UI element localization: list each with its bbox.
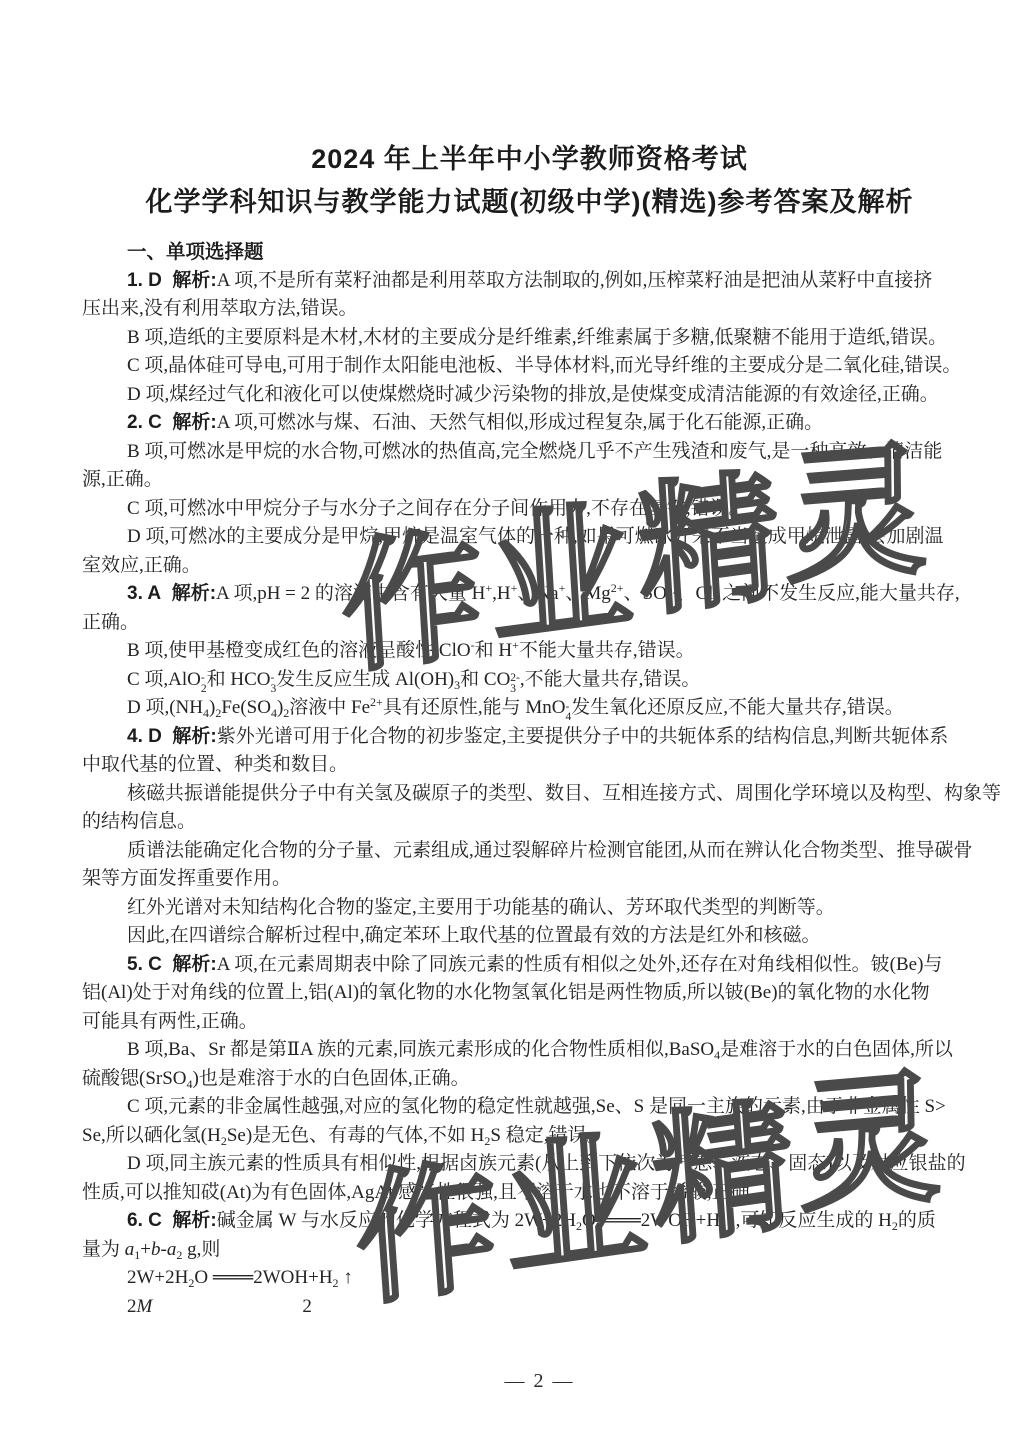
text-line: 的结构信息。 (82, 808, 953, 837)
text-line: B 项,可燃冰是甲烷的水合物,可燃冰的热值高,完全燃烧几乎不产生残渣和废气,是一… (82, 438, 953, 467)
text-line: D 项,煤经过气化和液化可以使煤燃烧时减少污染物的排放,是使煤变成清洁能源的有效… (82, 381, 953, 410)
section-heading: 一、单项选择题 (82, 238, 953, 267)
text-line: 量为 a1+b-a2 g,则 (82, 1236, 953, 1265)
text-line: 6. C 解析:碱金属 W 与水反应的化学方程式为 2W+2H2O ═══2WO… (82, 1207, 953, 1236)
text-line: D 项,可燃冰的主要成分是甲烷,甲烷是温室气体的一种,如果可燃冰开采不当造成甲烷… (82, 523, 953, 552)
text-line: 2. C 解析:A 项,可燃冰与煤、石油、天然气相似,形成过程复杂,属于化石能源… (82, 409, 953, 438)
text-line: C 项,晶体硅可导电,可用于制作太阳能电池板、半导体材料,而光导纤维的主要成分是… (82, 352, 953, 381)
document-page: 2024 年上半年中小学教师资格考试 化学学科知识与教学能力试题(初级中学)(精… (0, 0, 1023, 1439)
text-line: C 项,可燃冰中甲烷分子与水分子之间存在分子间作用力,不存在氢键,错误。 (82, 495, 953, 524)
text-line: Se,所以硒化氢(H2Se)是无色、有毒的气体,不如 H2S 稳定,错误。 (82, 1122, 953, 1151)
document-content: 一、单项选择题 1. D 解析:A 项,不是所有菜籽油都是利用萃取方法制取的,例… (0, 238, 1023, 1393)
text-line: 5. C 解析:A 项,在元素周期表中除了同族元素的性质有相似之处外,还存在对角… (82, 951, 953, 980)
text-line: 红外光谱对未知结构化合物的鉴定,主要用于功能基的确认、芳环取代类型的判断等。 (82, 894, 953, 923)
answer-explanations: 1. D 解析:A 项,不是所有菜籽油都是利用萃取方法制取的,例如,压榨菜籽油是… (82, 267, 953, 1322)
document-title-line1: 2024 年上半年中小学教师资格考试 (18, 138, 1023, 181)
document-title-line2: 化学学科知识与教学能力试题(初级中学)(精选)参考答案及解析 (18, 181, 1023, 224)
text-line: 2W+2H2O ═══2WOH+H2 ↑ (82, 1264, 953, 1293)
text-line: C 项,元素的非金属性越强,对应的氢化物的稳定性就越强,Se、S 是同一主族的元… (82, 1093, 953, 1122)
text-line: 因此,在四谱综合解析过程中,确定苯环上取代基的位置最有效的方法是红外和核磁。 (82, 922, 953, 951)
text-line: 可能具有两性,正确。 (82, 1008, 953, 1037)
text-line: 3. A 解析:A 项,pH = 2 的溶液中含有大量 H+,H+、Na+、Mg… (82, 580, 953, 609)
text-line: 质谱法能确定化合物的分子量、元素组成,通过裂解碎片检测官能团,从而在辨认化合物类… (82, 837, 953, 866)
text-line: D 项,同主族元素的性质具有相似性,根据卤族元素(从上到下依次为气态、液态、固态… (82, 1150, 953, 1179)
text-line: 2M2 (82, 1293, 953, 1322)
text-line: 架等方面发挥重要作用。 (82, 865, 953, 894)
text-line: 室效应,正确。 (82, 552, 953, 581)
text-line: B 项,Ba、Sr 都是第ⅡA 族的元素,同族元素形成的化合物性质相似,BaSO… (82, 1036, 953, 1065)
text-line: C 项,AlO-2和 HCO-3发生反应生成 Al(OH)3和 CO2-3,不能… (82, 666, 953, 695)
text-line: 中取代基的位置、种类和数目。 (82, 751, 953, 780)
text-line: D 项,(NH4)2Fe(SO4)2溶液中 Fe2+具有还原性,能与 MnO-4… (82, 694, 953, 723)
document-title-block: 2024 年上半年中小学教师资格考试 化学学科知识与教学能力试题(初级中学)(精… (18, 0, 1023, 224)
text-line: 1. D 解析:A 项,不是所有菜籽油都是利用萃取方法制取的,例如,压榨菜籽油是… (82, 267, 953, 296)
text-line: 压出来,没有利用萃取方法,错误。 (82, 295, 953, 324)
text-line: B 项,造纸的主要原料是木材,木材的主要成分是纤维素,纤维素属于多糖,低聚糖不能… (82, 324, 953, 353)
text-line: 正确。 (82, 609, 953, 638)
text-line: B 项,使甲基橙变成红色的溶液呈酸性,ClO-和 H+不能大量共存,错误。 (82, 637, 953, 666)
text-line: 4. D 解析:紫外光谱可用于化合物的初步鉴定,主要提供分子中的共轭体系的结构信… (82, 723, 953, 752)
text-line: 源,正确。 (82, 466, 953, 495)
text-line: 核磁共振谱能提供分子中有关氢及碳原子的类型、数目、互相连接方式、周围化学环境以及… (82, 780, 953, 809)
page-number: — 2 — (104, 1370, 975, 1393)
text-line: 铝(Al)处于对角线的位置上,铝(Al)的氧化物的水化物氢氧化铝是两性物质,所以… (82, 979, 953, 1008)
text-line: 硫酸锶(SrSO4)也是难溶于水的白色固体,正确。 (82, 1065, 953, 1094)
text-line: 性质,可以推知砹(At)为有色固体,AgAt 感光性很强,且不溶于水也不溶于稀酸… (82, 1179, 953, 1208)
